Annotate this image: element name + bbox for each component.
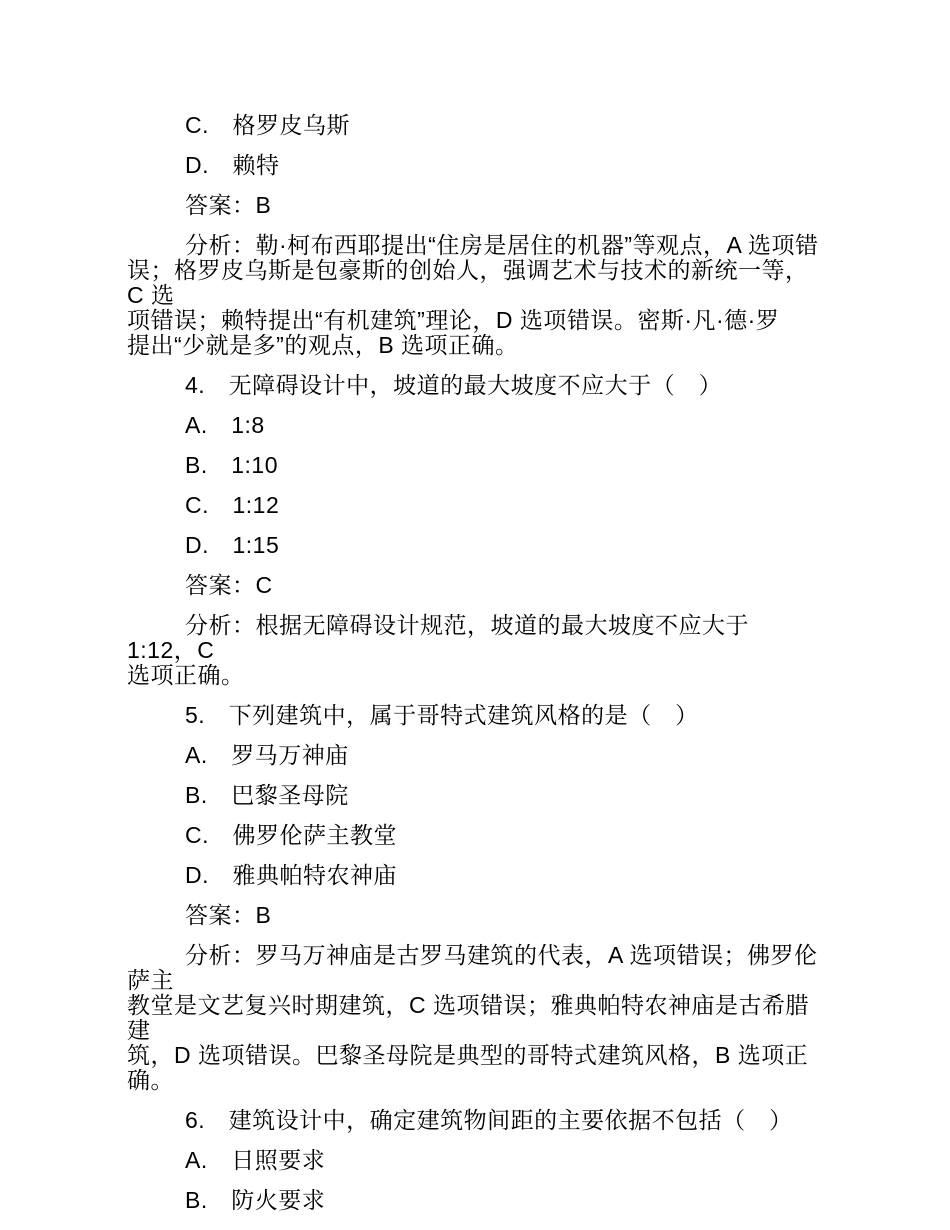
q5-option-a: A. 罗马万神庙 [127,743,825,768]
q3-option-c: C. 格罗皮乌斯 [127,113,825,138]
q3-answer-line: 答案：B [127,193,825,218]
q4-analysis-paragraph: 分析：根据无障碍设计规范，坡道的最大坡度不应大于 1:12，C 选项正确。 [127,613,825,688]
q6-option-b: B. 防火要求 [127,1188,825,1213]
q4-option-b: B. 1:10 [127,453,825,478]
q5-analysis-paragraph: 分析：罗马万神庙是古罗马建筑的代表，A 选项错误；佛罗伦萨主 教堂是文艺复兴时期… [127,943,825,1093]
q5-question-stem: 5. 下列建筑中，属于哥特式建筑风格的是（ ） [127,703,825,728]
q5-option-d: D. 雅典帕特农神庙 [127,863,825,888]
q3-option-d: D. 赖特 [127,153,825,178]
q3-analysis-paragraph: 分析：勒·柯布西耶提出“住房是居住的机器”等观点，A 选项错 误；格罗皮乌斯是包… [127,233,825,358]
document-page: C. 格罗皮乌斯 D. 赖特 答案：B 分析：勒·柯布西耶提出“住房是居住的机器… [0,0,950,1230]
q5-option-b: B. 巴黎圣母院 [127,783,825,808]
q5-answer-line: 答案：B [127,903,825,928]
q4-answer-line: 答案：C [127,573,825,598]
q4-option-d: D. 1:15 [127,533,825,558]
q4-option-c: C. 1:12 [127,493,825,518]
q4-option-a: A. 1:8 [127,413,825,438]
q6-question-stem: 6. 建筑设计中，确定建筑物间距的主要依据不包括（ ） [127,1108,825,1133]
q6-option-a: A. 日照要求 [127,1148,825,1173]
q4-question-stem: 4. 无障碍设计中，坡道的最大坡度不应大于（ ） [127,373,825,398]
q5-option-c: C. 佛罗伦萨主教堂 [127,823,825,848]
